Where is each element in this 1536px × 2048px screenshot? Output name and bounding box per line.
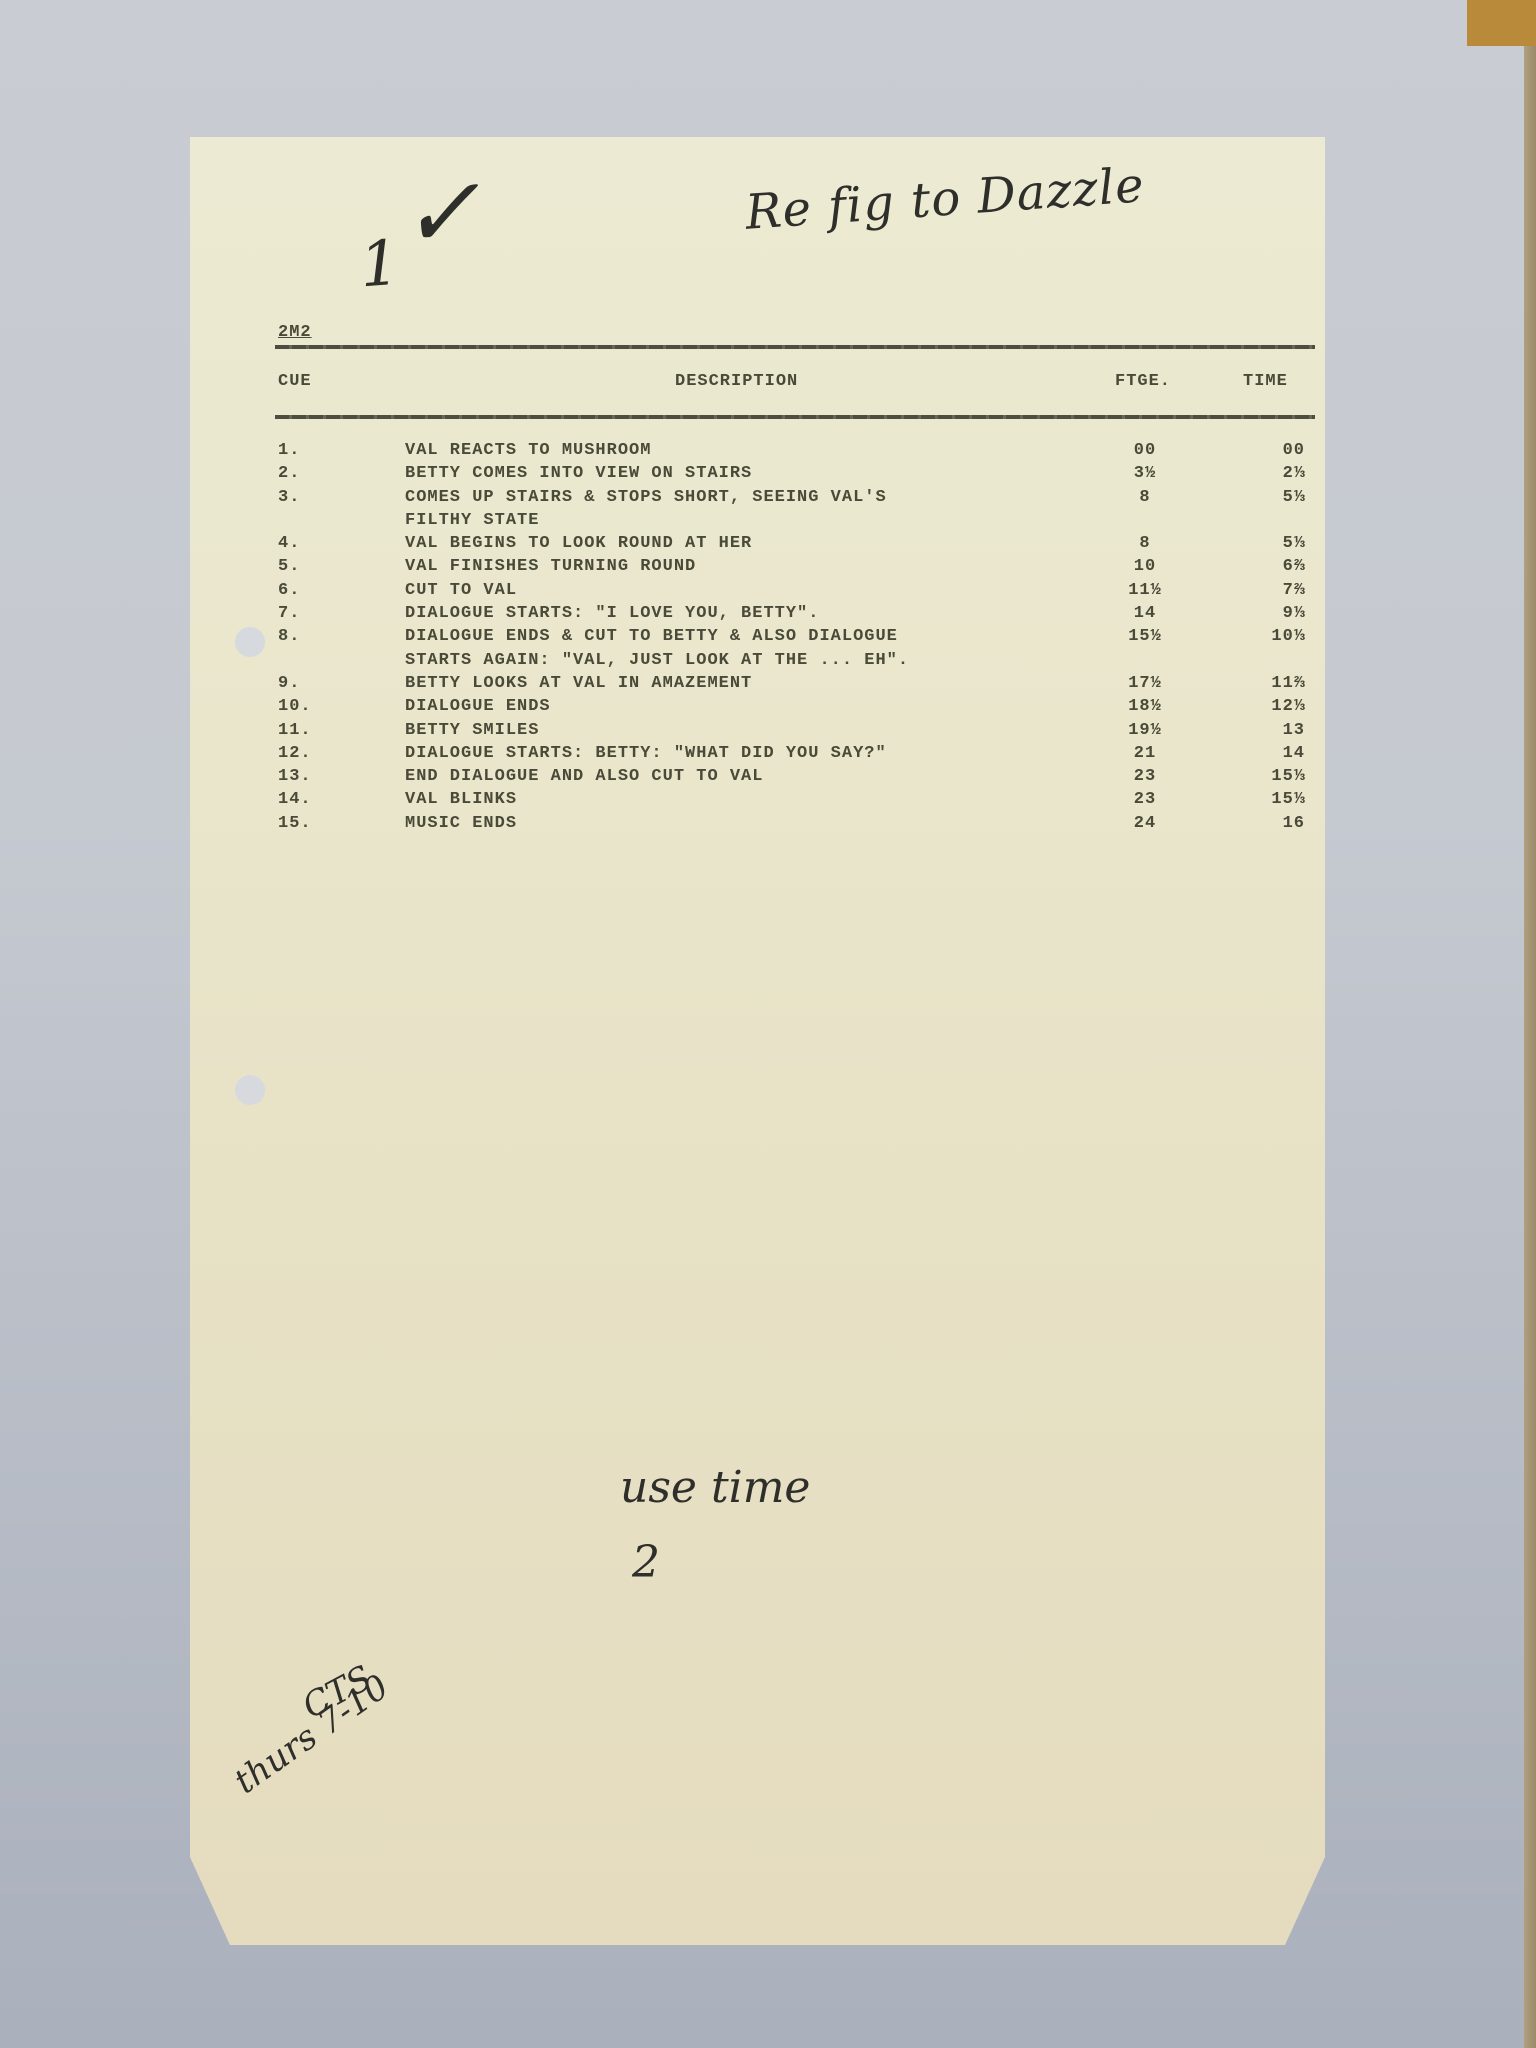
handwritten-use-time-value: 2 bbox=[632, 1537, 660, 1588]
handwritten-title-note: Re fig to Dazzle bbox=[744, 157, 1147, 241]
cue-sheet-page: 1 ✓ Re fig to Dazzle 2M2 CUE DESCRIPTION… bbox=[190, 137, 1325, 1945]
sheet-id: 2M2 bbox=[278, 323, 312, 342]
cue-number: 8. bbox=[278, 625, 300, 648]
handwritten-use-time: use time bbox=[620, 1462, 810, 1513]
cue-number: 9. bbox=[278, 672, 300, 695]
cue-number: 5. bbox=[278, 555, 300, 578]
cue-description: DIALOGUE ENDS bbox=[405, 695, 551, 718]
cue-number: 13. bbox=[278, 765, 312, 788]
table-row: 3.COMES UP STAIRS & STOPS SHORT, SEEING … bbox=[190, 486, 1325, 509]
cue-description: BETTY SMILES bbox=[405, 719, 539, 742]
table-row-continuation: FILTHY STATE bbox=[190, 509, 1325, 532]
cue-time: 15⅓ bbox=[1230, 788, 1305, 811]
cue-time: 14 bbox=[1230, 742, 1305, 765]
table-row: 12.DIALOGUE STARTS: BETTY: "WHAT DID YOU… bbox=[190, 742, 1325, 765]
cue-description: BETTY LOOKS AT VAL IN AMAZEMENT bbox=[405, 672, 752, 695]
cue-description: END DIALOGUE AND ALSO CUT TO VAL bbox=[405, 765, 763, 788]
cue-description-continued: FILTHY STATE bbox=[405, 509, 539, 532]
cue-footage: 23 bbox=[1110, 788, 1180, 811]
cue-description: VAL BEGINS TO LOOK ROUND AT HER bbox=[405, 532, 752, 555]
cue-description: VAL REACTS TO MUSHROOM bbox=[405, 439, 651, 462]
cue-description: COMES UP STAIRS & STOPS SHORT, SEEING VA… bbox=[405, 486, 887, 509]
cue-time: 7⅔ bbox=[1230, 579, 1305, 602]
cue-number: 1. bbox=[278, 439, 300, 462]
cue-description: BETTY COMES INTO VIEW ON STAIRS bbox=[405, 462, 752, 485]
column-header-cue: CUE bbox=[278, 372, 312, 391]
handwritten-page-number: 1 bbox=[358, 226, 402, 302]
table-row: 11.BETTY SMILES19½13 bbox=[190, 719, 1325, 742]
cue-footage: 15½ bbox=[1110, 625, 1180, 648]
cue-number: 15. bbox=[278, 812, 312, 835]
cue-time: 6⅔ bbox=[1230, 555, 1305, 578]
table-row: 15.MUSIC ENDS2416 bbox=[190, 812, 1325, 835]
punch-hole bbox=[235, 1075, 265, 1105]
cue-time: 10⅓ bbox=[1230, 625, 1305, 648]
cue-time: 9⅓ bbox=[1230, 602, 1305, 625]
cue-description: MUSIC ENDS bbox=[405, 812, 517, 835]
cue-number: 2. bbox=[278, 462, 300, 485]
cue-number: 3. bbox=[278, 486, 300, 509]
table-row: 7.DIALOGUE STARTS: "I LOVE YOU, BETTY".1… bbox=[190, 602, 1325, 625]
cue-number: 12. bbox=[278, 742, 312, 765]
cue-time: 15⅓ bbox=[1230, 765, 1305, 788]
cue-footage: 8 bbox=[1110, 486, 1180, 509]
board-edge bbox=[1524, 46, 1536, 2048]
cue-number: 14. bbox=[278, 788, 312, 811]
header-rule-top bbox=[275, 345, 1315, 349]
cue-time: 00 bbox=[1230, 439, 1305, 462]
table-row: 8.DIALOGUE ENDS & CUT TO BETTY & ALSO DI… bbox=[190, 625, 1325, 648]
cue-footage: 3½ bbox=[1110, 462, 1180, 485]
column-header-description: DESCRIPTION bbox=[675, 372, 798, 391]
cue-time: 5⅓ bbox=[1230, 486, 1305, 509]
header-rule-bottom bbox=[275, 415, 1315, 419]
column-header-time: TIME bbox=[1243, 372, 1288, 391]
table-row: 13.END DIALOGUE AND ALSO CUT TO VAL2315⅓ bbox=[190, 765, 1325, 788]
cue-time: 12⅓ bbox=[1230, 695, 1305, 718]
cue-number: 11. bbox=[278, 719, 312, 742]
cue-number: 10. bbox=[278, 695, 312, 718]
cue-description: DIALOGUE ENDS & CUT TO BETTY & ALSO DIAL… bbox=[405, 625, 898, 648]
cue-footage: 8 bbox=[1110, 532, 1180, 555]
cue-footage: 00 bbox=[1110, 439, 1180, 462]
table-row: 10.DIALOGUE ENDS18½12⅓ bbox=[190, 695, 1325, 718]
table-row-continuation: STARTS AGAIN: "VAL, JUST LOOK AT THE ...… bbox=[190, 649, 1325, 672]
table-row: 5.VAL FINISHES TURNING ROUND106⅔ bbox=[190, 555, 1325, 578]
cue-description: VAL FINISHES TURNING ROUND bbox=[405, 555, 696, 578]
table-row: 9.BETTY LOOKS AT VAL IN AMAZEMENT17½11⅔ bbox=[190, 672, 1325, 695]
cue-footage: 11½ bbox=[1110, 579, 1180, 602]
table-row: 1.VAL REACTS TO MUSHROOM0000 bbox=[190, 439, 1325, 462]
cue-description: DIALOGUE STARTS: BETTY: "WHAT DID YOU SA… bbox=[405, 742, 887, 765]
cue-time: 5⅓ bbox=[1230, 532, 1305, 555]
cue-number: 7. bbox=[278, 602, 300, 625]
check-mark-icon: ✓ bbox=[398, 156, 482, 271]
table-row: 4.VAL BEGINS TO LOOK ROUND AT HER85⅓ bbox=[190, 532, 1325, 555]
table-row: 14.VAL BLINKS2315⅓ bbox=[190, 788, 1325, 811]
cue-time: 2⅓ bbox=[1230, 462, 1305, 485]
cue-footage: 17½ bbox=[1110, 672, 1180, 695]
cue-footage: 14 bbox=[1110, 602, 1180, 625]
cue-footage: 19½ bbox=[1110, 719, 1180, 742]
cue-description: DIALOGUE STARTS: "I LOVE YOU, BETTY". bbox=[405, 602, 819, 625]
table-row: 6.CUT TO VAL11½7⅔ bbox=[190, 579, 1325, 602]
cue-footage: 21 bbox=[1110, 742, 1180, 765]
tape-strip bbox=[1467, 0, 1536, 46]
cue-number: 6. bbox=[278, 579, 300, 602]
column-header-footage: FTGE. bbox=[1115, 372, 1171, 391]
cue-time: 13 bbox=[1230, 719, 1305, 742]
cue-footage: 23 bbox=[1110, 765, 1180, 788]
cue-time: 16 bbox=[1230, 812, 1305, 835]
table-row: 2.BETTY COMES INTO VIEW ON STAIRS3½2⅓ bbox=[190, 462, 1325, 485]
cue-number: 4. bbox=[278, 532, 300, 555]
cue-description: VAL BLINKS bbox=[405, 788, 517, 811]
cue-footage: 24 bbox=[1110, 812, 1180, 835]
cue-time: 11⅔ bbox=[1230, 672, 1305, 695]
cue-table: 1.VAL REACTS TO MUSHROOM00002.BETTY COME… bbox=[190, 439, 1325, 835]
cue-footage: 18½ bbox=[1110, 695, 1180, 718]
cue-description: CUT TO VAL bbox=[405, 579, 517, 602]
cue-footage: 10 bbox=[1110, 555, 1180, 578]
cue-description-continued: STARTS AGAIN: "VAL, JUST LOOK AT THE ...… bbox=[405, 649, 909, 672]
